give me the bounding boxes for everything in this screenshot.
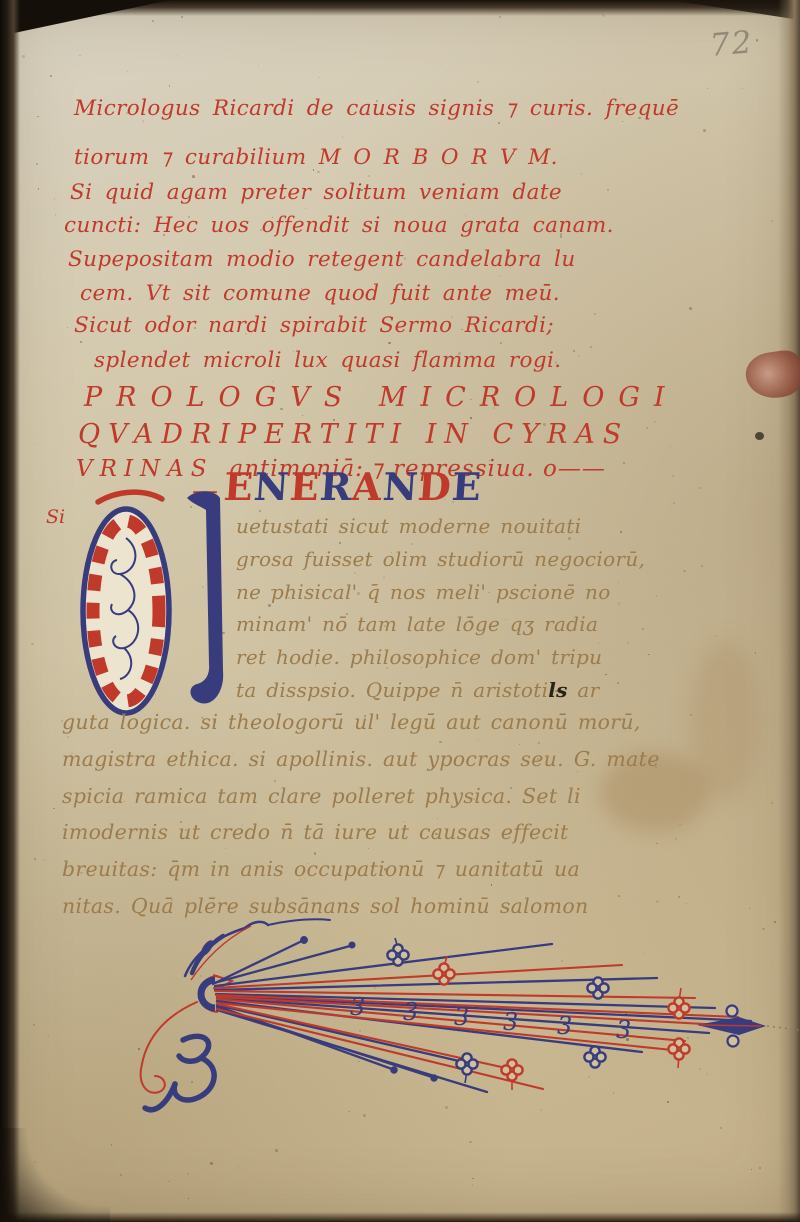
rubric-line: cuncti: Hec uos offendit si noua grata c… [64, 213, 614, 238]
dark-corner-top-left [0, 0, 170, 36]
ink-spot [755, 432, 764, 440]
speckle [602, 14, 605, 17]
rubric-line: Si quid agam preter solitum veniam date [70, 180, 562, 205]
heading-letter: A [351, 464, 385, 509]
body-text: ar [568, 678, 600, 702]
speckle [603, 89, 604, 90]
speckle [125, 1200, 126, 1201]
folio-number: 72 [709, 24, 755, 64]
body-text: ta disspsio. Quippe n̄ aristoti [236, 678, 548, 702]
speckle [188, 1198, 189, 1199]
rubric-line: Micrologus Ricardi de causis signis ⁊ cu… [74, 96, 679, 121]
speckle [319, 77, 320, 78]
speckle [152, 20, 154, 22]
heading-letter: E [451, 464, 484, 509]
parchment-stain [690, 640, 760, 800]
speckle [80, 341, 82, 343]
speckle [111, 1144, 113, 1146]
speckle [37, 116, 38, 117]
rosette-red [501, 1059, 522, 1080]
speckle [756, 39, 758, 41]
speckle [670, 447, 671, 448]
speckle [127, 71, 128, 72]
speckle [192, 175, 195, 178]
speckle [477, 81, 479, 83]
heading-word-enerande: ENERANDE [224, 464, 482, 509]
body-line-with-correction: ta disspsio. Quippe n̄ aristotils ar [236, 678, 645, 711]
speckle [698, 487, 701, 490]
speckle [50, 75, 52, 77]
rubric-line: Supepositam modio retegent candelabra lu [68, 247, 576, 272]
speckle [22, 55, 25, 58]
speckle [499, 275, 501, 277]
speckle [120, 1174, 122, 1176]
speckle [749, 908, 750, 909]
speckle [305, 208, 307, 210]
speckle [441, 64, 443, 66]
speckle [48, 1036, 49, 1037]
body-indented-block: uetustati sicut moderne nouitati grosa f… [236, 514, 645, 711]
speckle [642, 449, 643, 450]
body-line: breuitas: q̄m in anis occupationū ⁊ uani… [62, 857, 660, 894]
speckle [34, 858, 36, 860]
speckle [34, 444, 35, 445]
manuscript-page: 72 Micrologus Ricardi de causis signis ⁊… [0, 0, 800, 1222]
rubric-line: tiorum ⁊ curabilium M O R B O R V M. [74, 145, 558, 170]
speckle [715, 636, 716, 637]
speckle [500, 342, 502, 344]
speckle [34, 1161, 36, 1163]
speckle [388, 342, 391, 345]
speckle [573, 350, 575, 352]
speckle [317, 171, 319, 173]
speckle [771, 802, 772, 803]
speckle [36, 163, 37, 164]
speckle [38, 188, 39, 189]
speckle [755, 652, 757, 654]
speckle [654, 421, 656, 423]
heading-letter: N [381, 464, 420, 509]
speckle [55, 214, 57, 216]
speckle [259, 510, 261, 512]
book-bottom-edge [0, 1212, 800, 1222]
speckle [732, 528, 733, 529]
speckle [472, 1178, 474, 1180]
speckle [469, 1141, 471, 1143]
speckle [302, 415, 303, 416]
speckle [44, 859, 45, 860]
speckle [258, 65, 259, 66]
body-line: guta logica. si theologorū ul' legū aut … [62, 710, 660, 747]
leather-tab-stain [743, 348, 800, 401]
curly-flourish [145, 1036, 214, 1109]
speckle [238, 1166, 239, 1167]
speckle [594, 313, 596, 315]
speckle [590, 346, 592, 348]
body-line: ne phisical' q̄ nos meli' pscionē no [236, 580, 645, 613]
speckle [685, 903, 686, 904]
speckle [751, 1169, 752, 1170]
tick-glyph: 3 [557, 1012, 572, 1040]
speckle [210, 1162, 213, 1165]
speckle [187, 1173, 189, 1175]
speckle [683, 570, 686, 573]
heading-letter: N [252, 464, 291, 509]
decorated-initial-v [70, 486, 235, 726]
prologue-title-line: QVADRIPERTITI IN CYRAS [78, 419, 629, 450]
speckle [169, 85, 170, 86]
speckle [54, 198, 56, 200]
speckle [648, 654, 649, 655]
tick-glyph: 3 [454, 1003, 469, 1031]
speckle [578, 355, 580, 357]
speckle [607, 189, 609, 191]
rosette-red [433, 963, 454, 984]
dark-corner-bottom-left [0, 1128, 110, 1222]
speckle [368, 175, 370, 177]
body-line: minam' nō tam late lōge qʒ radia [236, 612, 645, 645]
heading-letter: E [288, 464, 321, 509]
body-line: magistra ethica. si apollinis. aut ypocr… [62, 747, 660, 784]
speckle [623, 462, 625, 464]
speckle [759, 1167, 762, 1170]
guide-word: Si [46, 506, 65, 528]
speckle [31, 643, 33, 645]
quill-flourish [185, 919, 330, 976]
tick-glyph: 3 [350, 993, 365, 1021]
rubric-line: splendet microli lux quasi flamma rogi. [94, 348, 562, 373]
tick-glyph: 3 [403, 998, 418, 1026]
tick-glyph: 3 [503, 1008, 518, 1036]
body-line: grosa fuisset olim studiorū negociorū, [236, 547, 645, 580]
arrow-dart [697, 1006, 799, 1047]
speckle [342, 136, 343, 137]
speckle [675, 838, 677, 840]
rubric-line: Sicut odor nardi spirabit Sermo Ricardi; [74, 313, 554, 338]
initial-stem [187, 491, 223, 703]
body-line: ret hodie. philosophice dom' tripu [236, 645, 645, 678]
ray-fan-diagram: 3 3 3 3 3 3 [95, 918, 800, 1133]
speckle [53, 808, 55, 810]
speckle [703, 129, 706, 132]
rosette-red [668, 1038, 689, 1059]
speckle [275, 1149, 278, 1152]
red-loop-line [141, 1002, 197, 1093]
speckle [678, 896, 680, 898]
speckle [771, 220, 773, 222]
speckle [701, 565, 703, 567]
speckle [33, 1024, 35, 1026]
speckle [499, 16, 501, 18]
heading-letter: D [417, 464, 454, 509]
speckle [79, 55, 80, 56]
prologue-title-line: PROLOGVS MICROLOGI [84, 382, 679, 413]
speckle [67, 327, 68, 328]
speckle [742, 88, 743, 89]
speckle [177, 54, 179, 56]
speckle [581, 173, 583, 175]
speckle [498, 122, 500, 124]
dark-ink-correction: ls [548, 678, 567, 702]
speckle [689, 307, 691, 309]
speckle [646, 427, 649, 430]
speckle [25, 191, 26, 192]
speckle [472, 1184, 473, 1185]
heading-letter: R [318, 464, 354, 509]
binding-edge [0, 0, 20, 1222]
speckle [168, 1181, 170, 1183]
speckle [690, 714, 692, 716]
body-full-block: guta logica. si theologorū ul' legū aut … [62, 710, 660, 931]
speckle [656, 595, 657, 596]
tick-glyph: 3 [616, 1016, 631, 1044]
body-line: spicia ramica tam clare polleret physica… [62, 784, 660, 821]
initial-red-top-flourish [98, 492, 162, 502]
body-line: uetustati sicut moderne nouitati [236, 514, 645, 547]
speckle [673, 502, 675, 504]
speckle [707, 88, 708, 89]
rubric-line: cem. Vt sit comune quod fuit ante meū. [80, 281, 560, 306]
body-line: imodernis ut credo n̄ tā iure ut causas … [62, 820, 660, 857]
rosette-blue [584, 1046, 605, 1067]
speckle [672, 475, 674, 477]
speckle [181, 16, 183, 18]
